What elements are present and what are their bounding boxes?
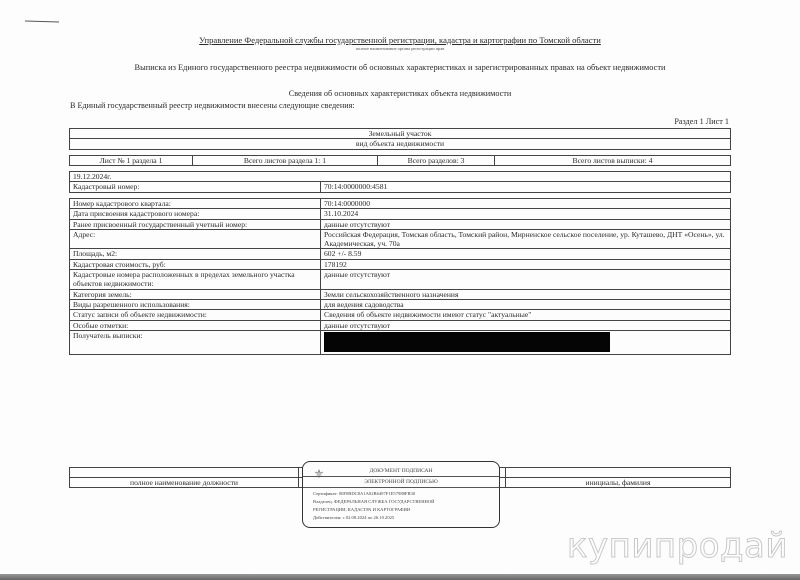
field-label: Кадастровые номера расположенных в преде… xyxy=(70,270,321,290)
stamp-divider xyxy=(303,476,499,477)
field-label: Получатель выписки: xyxy=(70,330,321,354)
stamp-owner-cont: РЕГИСТРАЦИИ, КАДАСТРА И КАРТОГРАФИИ xyxy=(313,507,410,512)
cadastral-number-label: Кадастровый номер: xyxy=(70,182,321,192)
field-value: Сведения об объекте недвижимости имеют с… xyxy=(321,310,731,320)
section-title: Сведения об основных характеристиках объ… xyxy=(0,89,800,98)
field-value: 178192 xyxy=(321,259,731,269)
extract-title: Выписка из Единого государственного реес… xyxy=(0,63,800,72)
object-kind-table: Земельный участок вид объекта недвижимос… xyxy=(69,128,731,150)
object-kind-caption: вид объекта недвижимости xyxy=(70,139,731,149)
field-value: 602 +/- 8.59 xyxy=(321,249,731,259)
cadastral-number-value: 70:14:0000000:4581 xyxy=(321,182,731,192)
sheets-table: Лист № 1 раздела 1 Всего листов раздела … xyxy=(69,155,731,166)
position-blank xyxy=(70,468,299,478)
table-row: Ранее присвоенный государственный учетны… xyxy=(70,219,731,229)
intro-text: В Единый государственный реестр недвижим… xyxy=(70,101,355,110)
recipient-value xyxy=(321,330,731,354)
organization-caption: полное наименование органа регистрации п… xyxy=(0,46,800,51)
table-row: Адрес: Российская Федерация, Томская обл… xyxy=(70,229,731,249)
section-sheets-total: Всего листов раздела 1: 1 xyxy=(193,156,378,166)
field-value: 31.10.2024 xyxy=(321,209,731,219)
stamp-owner: Владелец: ФЕДЕРАЛЬНАЯ СЛУЖБА ГОСУДАРСТВЕ… xyxy=(313,499,435,504)
field-label: Номер кадастрового квартала: xyxy=(70,199,321,209)
table-row: Особые отметки: данные отсутствуют xyxy=(70,320,731,330)
field-label: Адрес: xyxy=(70,229,321,249)
sheet-reference: Раздел 1 Лист 1 xyxy=(674,117,729,126)
name-blank xyxy=(506,468,731,478)
stamp-certificate: Сертификат: 00F0BDC8A1A02B6497F1E57988FB… xyxy=(313,491,415,496)
field-value: Российская Федерация, Томская область, Т… xyxy=(321,229,731,249)
field-label: Ранее присвоенный государственный учетны… xyxy=(70,219,321,229)
table-row: Категория земель: Земли сельскохозяйстве… xyxy=(70,289,731,299)
organization-name: Управление Федеральной службы государств… xyxy=(0,35,800,45)
name-caption: инициалы, фамилия xyxy=(506,478,731,488)
field-label: Кадастровая стоимость, руб: xyxy=(70,259,321,269)
extract-sheets-total: Всего листов выписки: 4 xyxy=(495,156,731,166)
table-row: Получатель выписки: xyxy=(70,330,731,354)
field-label: Статус записи об объекте недвижимости: xyxy=(70,310,321,320)
field-value: для ведения садоводства xyxy=(321,299,731,309)
stamp-validity: Действителен: с 02.08.2024 по 26.10.2025 xyxy=(313,515,394,520)
redacted-block xyxy=(324,332,610,352)
characteristics-table: Номер кадастрового квартала: 70:14:00000… xyxy=(69,198,731,355)
scan-edge xyxy=(0,574,800,580)
sections-total: Всего разделов: 3 xyxy=(378,156,495,166)
sheet-number: Лист № 1 раздела 1 xyxy=(70,156,193,166)
stamp-line2: ЭЛЕКТРОННОЙ ПОДПИСЬЮ xyxy=(303,479,499,485)
table-row: Виды разрешенного использования: для вед… xyxy=(70,299,731,309)
table-row: Статус записи об объекте недвижимости: С… xyxy=(70,310,731,320)
table-row: Кадастровая стоимость, руб: 178192 xyxy=(70,259,731,269)
table-row: Площадь, м2: 602 +/- 8.59 xyxy=(70,249,731,259)
stray-mark xyxy=(25,21,59,23)
table-row: Номер кадастрового квартала: 70:14:00000… xyxy=(70,199,731,209)
table-row: Кадастровые номера расположенных в преде… xyxy=(70,270,731,290)
stamp-divider xyxy=(303,487,499,488)
field-value: данные отсутствуют xyxy=(321,270,731,290)
position-caption: полное наименование должности xyxy=(70,478,299,488)
field-value: данные отсутствуют xyxy=(321,320,731,330)
field-value: 70:14:0000000 xyxy=(321,199,731,209)
electronic-signature-stamp: ⚜ ДОКУМЕНТ ПОДПИСАН ЭЛЕКТРОННОЙ ПОДПИСЬЮ… xyxy=(302,461,500,528)
field-value: данные отсутствуют xyxy=(321,219,731,229)
field-label: Площадь, м2: xyxy=(70,249,321,259)
stamp-line1: ДОКУМЕНТ ПОДПИСАН xyxy=(303,468,499,474)
watermark: купипродай xyxy=(567,526,788,566)
extract-date: 19.12.2024г. xyxy=(70,172,731,182)
field-value: Земли сельскохозяйственного назначения xyxy=(321,289,731,299)
field-label: Дата присвоения кадастрового номера: xyxy=(70,209,321,219)
field-label: Категория земель: xyxy=(70,289,321,299)
field-label: Особые отметки: xyxy=(70,320,321,330)
object-kind-value: Земельный участок xyxy=(70,129,731,139)
field-label: Виды разрешенного использования: xyxy=(70,299,321,309)
table-row: Дата присвоения кадастрового номера: 31.… xyxy=(70,209,731,219)
cadastral-table: 19.12.2024г. Кадастровый номер: 70:14:00… xyxy=(69,171,731,193)
